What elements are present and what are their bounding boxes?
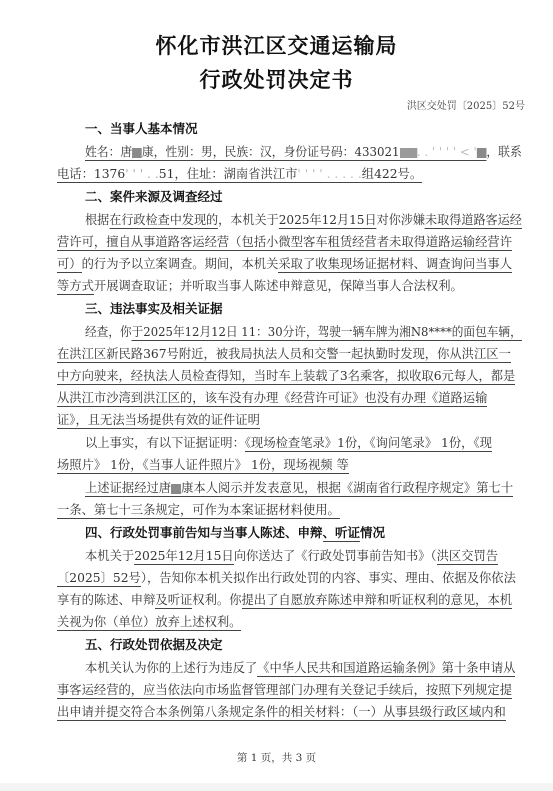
text: 等方式 [57,279,94,295]
case-source-line-1: 根据在行政检查中发现的，本机关于2025年12月15日对你涉嫌未取得道路客运经 [85,209,522,231]
text: 《中华人民共和国道路运输条例》第十条申请从 [257,661,515,677]
notice-line-1: 本机关于2025年12月15日向你送达了《行政处罚事前告知书》（洪区交罚告 [85,545,498,567]
page-number: 第 1 页，共 3 页 [0,750,553,765]
text: 事客运经营的，应当依法向市场监督管理部门办理有关登记手续后，按照下列规定提 [57,683,512,699]
text: 证》，且无法当场提供有效的证件证明 [57,413,260,429]
text: 51，住址：湖南省洪江市 [159,167,298,181]
text: 提出了自愿放弃陈述申辩和听证权利的意见，本机 [242,593,513,609]
section-heading-case-source: 二、案件来源及调查经过 [85,186,223,208]
text: 开展调查取证；并听取当事人陈述申辩意见，保障当事人合法权利。 [94,279,463,293]
text: 四、行政处罚事前告知与当事人陈述、申辩 [85,525,323,540]
redaction-block [171,484,181,494]
section-heading-party-info: 一、当事人基本情况 [85,118,198,140]
redaction-block [132,148,142,158]
text: 对你涉嫌 [377,213,425,227]
text: 向你送达了《行政处罚事前告知书》（ [234,549,437,563]
text: ），告知你本机关拟作出行政处罚的内容、事实、理由、依据及你依法 [141,571,516,585]
text: 经查，你 [85,325,132,339]
facts-line-5: 证》，且无法当场提供有效的证件证明 [57,409,260,431]
text: 营许可，擅自从事道路客运经营（包括小微型客车租赁经营者未取得道路运输经营许 [57,235,512,251]
text: 从洪江市沙湾到洪江区的，该车没有办理《经营许可证》也没有办理《道路运输 [57,391,487,407]
text: 〔2025〕52号 [57,571,141,587]
text: 可） [57,257,82,273]
text: 、听证 [323,525,361,542]
case-source-line-3: 可）的行为予以立案调查。期间，本机关采取了收集现场证据材料、调查询问当事人 [57,253,512,275]
text: 洪区交罚告 [437,549,499,565]
review-line-2: 一条、第七十三条规定，可作为本案证据材料使用。 [57,499,340,521]
text: 康，性别：男，民族：汉，身份证号码：433021 [142,145,400,159]
text: ，本机关于 [218,213,279,227]
document-number: 洪区交处罚〔2025〕52号 [407,97,525,112]
text: 情况 [360,525,385,540]
party-info-line-1: 姓名：唐康，性别：男，民族：汉，身份证号码：433021. . ' ' ' ' … [85,141,522,163]
case-source-line-4: 等方式开展调查取证；并听取当事人陈述申辩意见，保障当事人合法权利。 [57,275,463,297]
date-text: 2025年12月15日 [279,213,377,229]
text: 中方向驶来，经执法人员检查得知，当时车上装载了3名乘客，拟收取6元每人，都是 [57,369,515,385]
text: 权利。你 [192,593,241,607]
text: 在洪江区新民路367号附近，被我局执法人员和交警一起执勤时发现，你从洪江区一 [57,347,511,363]
redaction-block [477,148,487,158]
evidence-line-2: 场照片》 1份，《当事人证件照片》 1份，现场视频 等 [57,454,349,476]
decision-line-2: 事客运经营的，应当依法向市场监督管理部门办理有关登记手续后，按照下列规定提 [57,679,512,701]
notice-line-3: 享有的陈述、申辩及听证权利。你提出了自愿放弃陈述申辩和听证权利的意见，本机 [57,589,512,611]
text: 上述证据经过唐 [85,481,171,495]
text: 电话：1376 [57,167,125,181]
facts-line-1: 经查，你于2025年12月12日 11：30分许，驾驶一辆车牌为湘N8****的… [85,321,522,343]
party-info-line-2: 电话：1376' ' ' . .51，住址：湖南省洪江市' ' ' ' . . … [57,163,422,185]
section-heading-decision: 五、行政处罚依据及决定 [85,634,223,656]
decision-line-3: 出申请并提交符合本条例第八条规定条件的相关材料：（一）从事县级行政区域内和 [57,701,506,723]
notice-line-4: 关视为你（单位）放弃上述权利。 [57,611,241,633]
notice-line-2: 〔2025〕52号），告知你本机关拟作出行政处罚的内容、事实、理由、依据及你依法 [57,567,516,589]
text: 组422号。 [362,167,422,181]
text: 根据 [85,213,109,227]
redaction-block [400,148,417,158]
decision-line-1: 本机关认为你的上述行为违反了《中华人民共和国道路运输条例》第十条申请从 [85,657,515,679]
text: 在行政检查中发现的 [109,213,218,229]
date-text: 2025年12月15日 [134,549,233,565]
facts-line-3: 中方向驶来，经执法人员检查得知，当时车上装载了3名乘客，拟收取6元每人，都是 [57,365,515,387]
section-heading-facts: 三、违法事实及相关证据 [85,298,223,320]
case-source-line-2: 营许可，擅自从事道路客运经营（包括小微型客车租赁经营者未取得道路运输经营许 [57,231,512,253]
text: ，联系 [486,145,521,159]
text: 以上事实，有以下证据证明： [85,436,245,450]
document-page: 怀化市洪江区交通运输局 行政处罚决定书 洪区交处罚〔2025〕52号 一、当事人… [0,0,553,783]
text: 场照片》 1份，《当事人证件照片》 1份，现场视频 等 [57,458,349,474]
evidence-line-1: 以上事实，有以下证据证明：《现场检查笔录》1份，《询问笔录》 1份，《现 [85,432,492,454]
text: 本机关于 [85,549,134,563]
text: 姓名：唐 [85,145,132,159]
text: 《现场检查笔录》1份，《询问笔录》 1份，《现 [245,436,492,452]
text: 于2025年12月12日 11：30分许，驾驶一辆车牌为湘N8****的面包车辆… [132,325,522,341]
section-heading-notice: 四、行政处罚事前告知与当事人陈述、申辩、听证情况 [85,522,385,544]
text: 本机关认为你的上述行为违反了 [85,661,257,675]
text: 出申请并提交符合本条例第八条规定条件的相关材料：（一）从事县级行政区域内和 [57,705,506,721]
text: 关视为你（单位）放弃上述权利。 [57,615,241,631]
document-title: 行政处罚决定书 [0,64,553,94]
text: 未取得道路客运经 [425,213,522,229]
facts-line-2: 在洪江区新民路367号附近，被我局执法人员和交警一起执勤时发现，你从洪江区一 [57,343,511,365]
text: 采取了收集现场证据材料、调查询问当事人 [278,257,512,273]
issuer-title: 怀化市洪江区交通运输局 [0,30,553,60]
text: 享有的陈述、申辩 [57,593,155,607]
text: 康本人阅示并发表意见，根据《湖南省行政程序规定》第七十 [181,481,513,495]
text: 一条、第七十三条规定，可作为本案证据材料使用。 [57,503,340,519]
text: 的行为予以立案调查。期间，本机关 [82,257,279,271]
facts-line-4: 从洪江市沙湾到洪江区的，该车没有办理《经营许可证》也没有办理《道路运输 [57,387,487,409]
review-line-1: 上述证据经过唐康本人阅示并发表意见，根据《湖南省行政程序规定》第七十 [85,477,513,499]
text: 及听证 [155,593,192,609]
